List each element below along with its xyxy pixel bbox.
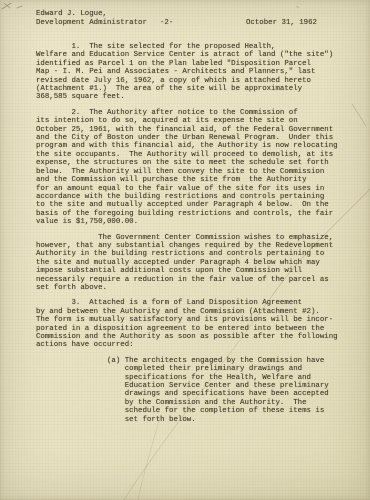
letter-body: 1. The site selected for the proposed He… bbox=[36, 43, 352, 424]
letter-date: October 31, 1962 bbox=[246, 19, 317, 28]
page-number: -2- bbox=[160, 19, 173, 28]
letter-page: Edward J. Logue, Development Administrat… bbox=[0, 0, 370, 500]
letter-header: Edward J. Logue, Development Administrat… bbox=[36, 10, 107, 27]
header-second-line: Development Administrator -2- October 31… bbox=[36, 19, 107, 28]
paragraph-commission-emphasis: The Government Center Commission wishes … bbox=[36, 234, 352, 293]
paragraph-item-a-architects: (a) The architects engaged by the Commis… bbox=[36, 357, 352, 424]
addressee-name: Edward J. Logue, bbox=[36, 10, 107, 19]
addressee-title: Development Administrator bbox=[36, 19, 147, 28]
paragraph-authority-acquisition: 2. The Authority after notice to the Com… bbox=[36, 109, 352, 227]
paragraph-disposition-agreement: 3. Attached is a form of Land Dispositio… bbox=[36, 299, 352, 349]
paragraph-site-selected: 1. The site selected for the proposed He… bbox=[36, 43, 352, 102]
